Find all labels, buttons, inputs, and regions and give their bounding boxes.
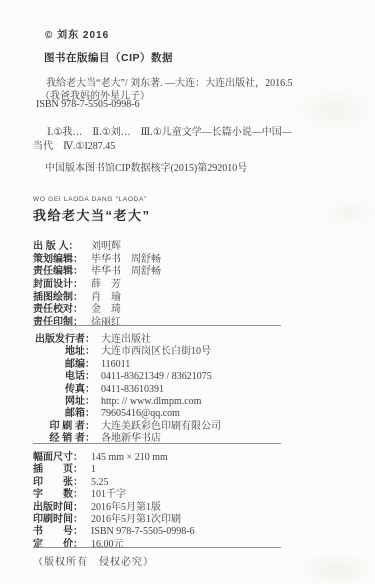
cip-classification-line-1: Ⅰ.①我… Ⅱ.①刘… Ⅲ.①儿童文学—长篇小说—中国— — [47, 123, 292, 138]
divider-rule — [33, 443, 281, 444]
cip-record-number: 中国版本图书馆CIP数据核字(2015)第292010号 — [45, 159, 247, 174]
copyright-notice: © 刘东 2016 — [45, 26, 109, 41]
cip-classification-line-2: 当代 Ⅳ.①I287.45 — [33, 137, 115, 152]
publisher-value: 0411-83621349 / 83621075 — [101, 371, 212, 382]
publisher-row: 出版发行者： 大连出版社 — [33, 330, 221, 342]
spec-value: 2016年5月第1次印刷 — [91, 510, 181, 525]
book-title: 我给老大当“老大” — [33, 205, 151, 224]
copyright-page: © 刘东 2016 图书在版编目（CIP）数据 我给老大当“老大”/ 刘东著. … — [0, 0, 375, 584]
credit-row: 出 版 人： 刘明辉 — [33, 237, 161, 250]
website-url: http: // www.dlmpm.com — [101, 396, 201, 407]
divider-rule — [33, 547, 281, 548]
cip-data-header: 图书在版编目（CIP）数据 — [44, 50, 173, 65]
isbn-line: ISBN 978-7-5505-0998-6 — [36, 99, 140, 110]
publisher-row: 地址： 大连市西岗区长白街10号 — [33, 342, 221, 354]
credit-row: 责任编辑： 毕华书 周舒畅 — [33, 262, 161, 275]
publisher-block: 出版发行者： 大连出版社 地址： 大连市西岗区长白街10号 邮编： 116011… — [33, 330, 221, 442]
publisher-value: 116011 — [101, 359, 130, 370]
book-title-pinyin: WO GEI LAODA DANG “LAODA” — [33, 196, 147, 203]
spec-row: 字 数： 101千字 — [33, 485, 195, 497]
publisher-value: 0411-83610391 — [101, 384, 164, 395]
spec-row: 印刷时间： 2016年5月第1次印刷 — [33, 510, 195, 522]
publisher-value: 大连市西岗区长白街10号 — [101, 342, 211, 357]
spec-value: 145 mm × 210 mm — [91, 452, 168, 463]
credits-block: 出 版 人： 刘明辉 策划编辑： 毕华书 周舒畅 责任编辑： 毕华书 周舒畅 封… — [33, 237, 161, 326]
spec-row: 出版时间： 2016年5月第1版 — [33, 498, 195, 510]
scan-smudge — [320, 195, 375, 230]
spec-row: 幅面尺寸： 145 mm × 210 mm — [33, 448, 195, 460]
publisher-value: 各地新华书店 — [101, 429, 161, 444]
specs-block: 幅面尺寸： 145 mm × 210 mm 插 页： 1 印 张： 5.25 字… — [33, 448, 195, 547]
rights-reserved-notice: （版权所有 侵权必究） — [33, 553, 154, 568]
publisher-label: 经 销 者： — [33, 429, 95, 444]
divider-rule — [33, 325, 281, 326]
scan-smudge — [290, 85, 375, 135]
spec-row: 印 张： 5.25 — [33, 473, 195, 485]
credit-row: 插图绘制： 肖 瑜 — [33, 288, 161, 301]
publisher-row: 印 刷 者： 大连美跃彩色印刷有限公司 — [33, 417, 221, 429]
credit-row: 责任校对： 金 琦 — [33, 300, 161, 313]
credit-row: 责任印制： 徐丽红 — [33, 313, 161, 326]
credit-row: 策划编辑： 毕华书 周舒畅 — [33, 250, 161, 263]
scan-smudge — [295, 550, 375, 584]
spec-value: 1 — [91, 464, 96, 475]
